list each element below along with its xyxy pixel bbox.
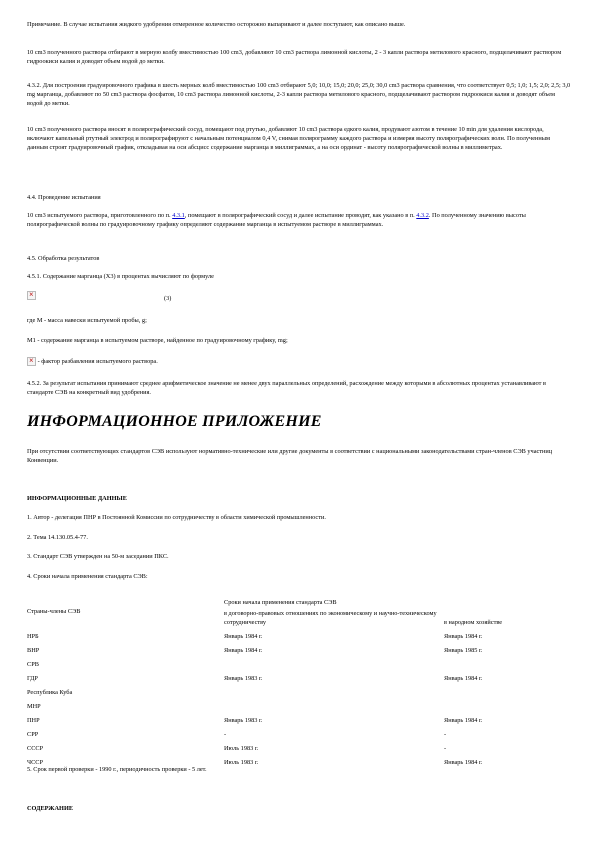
paragraph-4-5-1: 4.5.1. Содержание марганца (X3) в процен… [27, 272, 572, 281]
contents-title: СОДЕРЖАНИЕ [27, 804, 572, 813]
cell-national: Январь 1984 г. [444, 669, 572, 683]
header-contract: в договорно-правовых отношениях по эконо… [224, 607, 444, 627]
info-item-2: 2. Тема 14.130.05.4-77. [27, 533, 572, 542]
cell-country: ГДР [27, 669, 224, 683]
paragraph-4-5-2: 4.5.2. За результат испытания принимают … [27, 379, 572, 397]
text-segment: , помещают в полярографический сосуд и д… [185, 212, 416, 219]
cell-national [444, 683, 572, 697]
table-header-group-row: Сроки начала применения стандарта СЭВ [27, 593, 572, 607]
table-row: ПНРЯнварь 1983 г.Январь 1984 г. [27, 711, 572, 725]
cell-country: СССР [27, 739, 224, 753]
formula-image-icon [27, 291, 36, 300]
heading-4-5: 4.5. Обработка результатов [27, 254, 572, 263]
header-national: в народном хозяйстве [444, 607, 572, 627]
cell-national: Январь 1984 г. [444, 711, 572, 725]
header-group-cell: Сроки начала применения стандарта СЭВ [224, 593, 572, 607]
info-item-1: 1. Автор - делегация ПНР в Постоянной Ко… [27, 513, 572, 522]
cell-contract [224, 697, 444, 711]
table-row: ВНРЯнварь 1984 г.Январь 1985 г. [27, 641, 572, 655]
table-row: Республика Куба [27, 683, 572, 697]
cell-contract: Январь 1984 г. [224, 641, 444, 655]
formula-line: (3) [27, 291, 572, 300]
cell-national [444, 697, 572, 711]
heading-4-4: 4.4. Проведение испытания [27, 193, 572, 202]
text-segment: 10 cm3 испытуемого раствора, приготовлен… [27, 212, 172, 219]
cell-national: Январь 1984 г. [444, 627, 572, 641]
cell-contract: Июль 1983 г. [224, 739, 444, 753]
link-4-3-1[interactable]: 4.3.1 [172, 212, 185, 219]
table-row: НРБЯнварь 1984 г.Январь 1984 г. [27, 627, 572, 641]
note-paragraph: Примечание. В случае испытания жидкого у… [27, 20, 572, 29]
cell-contract: Январь 1983 г. [224, 711, 444, 725]
cell-contract: Январь 1984 г. [224, 627, 444, 641]
cell-contract [224, 683, 444, 697]
cell-contract: - [224, 725, 444, 739]
table-row: СРР-- [27, 725, 572, 739]
where-m: где M - масса навески испытуемой пробы, … [27, 316, 572, 325]
cell-national: - [444, 725, 572, 739]
appendix-text: При отсутствии соответствующих стандарто… [27, 447, 572, 465]
cell-national: - [444, 739, 572, 753]
paragraph-polarography: 10 cm3 полученного раствора вносят в пол… [27, 125, 572, 152]
info-item-4: 4. Сроки начала применения стандарта СЭВ… [27, 572, 572, 581]
table-header-row: Страны-члены СЭВ в договорно-правовых от… [27, 607, 572, 627]
cell-country: МНР [27, 697, 224, 711]
cell-national: Январь 1985 г. [444, 641, 572, 655]
paragraph-dilution: 10 cm3 полученного раствора отбирают в м… [27, 48, 572, 66]
table-row: ГДРЯнварь 1983 г.Январь 1984 г. [27, 669, 572, 683]
table-row: СССРИюль 1983 г.- [27, 739, 572, 753]
info-title: ИНФОРМАЦИОННЫЕ ДАННЫЕ [27, 494, 572, 503]
cell-national [444, 655, 572, 669]
cell-country: ВНР [27, 641, 224, 655]
cell-contract [224, 655, 444, 669]
info-item-5: 5. Срок первой проверки - 1990 г., перио… [27, 765, 572, 774]
where-k: - фактор разбавления испытуемого раствор… [27, 357, 572, 366]
paragraph-4-3-2: 4.3.2. Для построения градуировочного гр… [27, 81, 572, 108]
dates-table: Сроки начала применения стандарта СЭВ Ст… [27, 593, 572, 767]
cell-country: Республика Куба [27, 683, 224, 697]
where-m1: M1 - содержание марганца в испытуемом ра… [27, 336, 572, 345]
paragraph-4-4: 10 cm3 испытуемого раствора, приготовлен… [27, 211, 572, 229]
table-row: МНР [27, 697, 572, 711]
formula-number: (3) [164, 294, 171, 303]
cell-country: СРР [27, 725, 224, 739]
info-item-3: 3. Стандарт СЭВ утвержден на 50-м заседа… [27, 552, 572, 561]
cell-country: НРБ [27, 627, 224, 641]
cell-contract: Январь 1983 г. [224, 669, 444, 683]
factor-image-icon [27, 357, 36, 366]
cell-country: ПНР [27, 711, 224, 725]
text-segment: - фактор разбавления испытуемого раствор… [36, 358, 158, 365]
appendix-title: ИНФОРМАЦИОННОЕ ПРИЛОЖЕНИЕ [27, 413, 322, 431]
header-country: Страны-члены СЭВ [27, 607, 224, 627]
cell-country: СРВ [27, 655, 224, 669]
table-row: СРВ [27, 655, 572, 669]
link-4-3-2[interactable]: 4.3.2 [416, 212, 429, 219]
